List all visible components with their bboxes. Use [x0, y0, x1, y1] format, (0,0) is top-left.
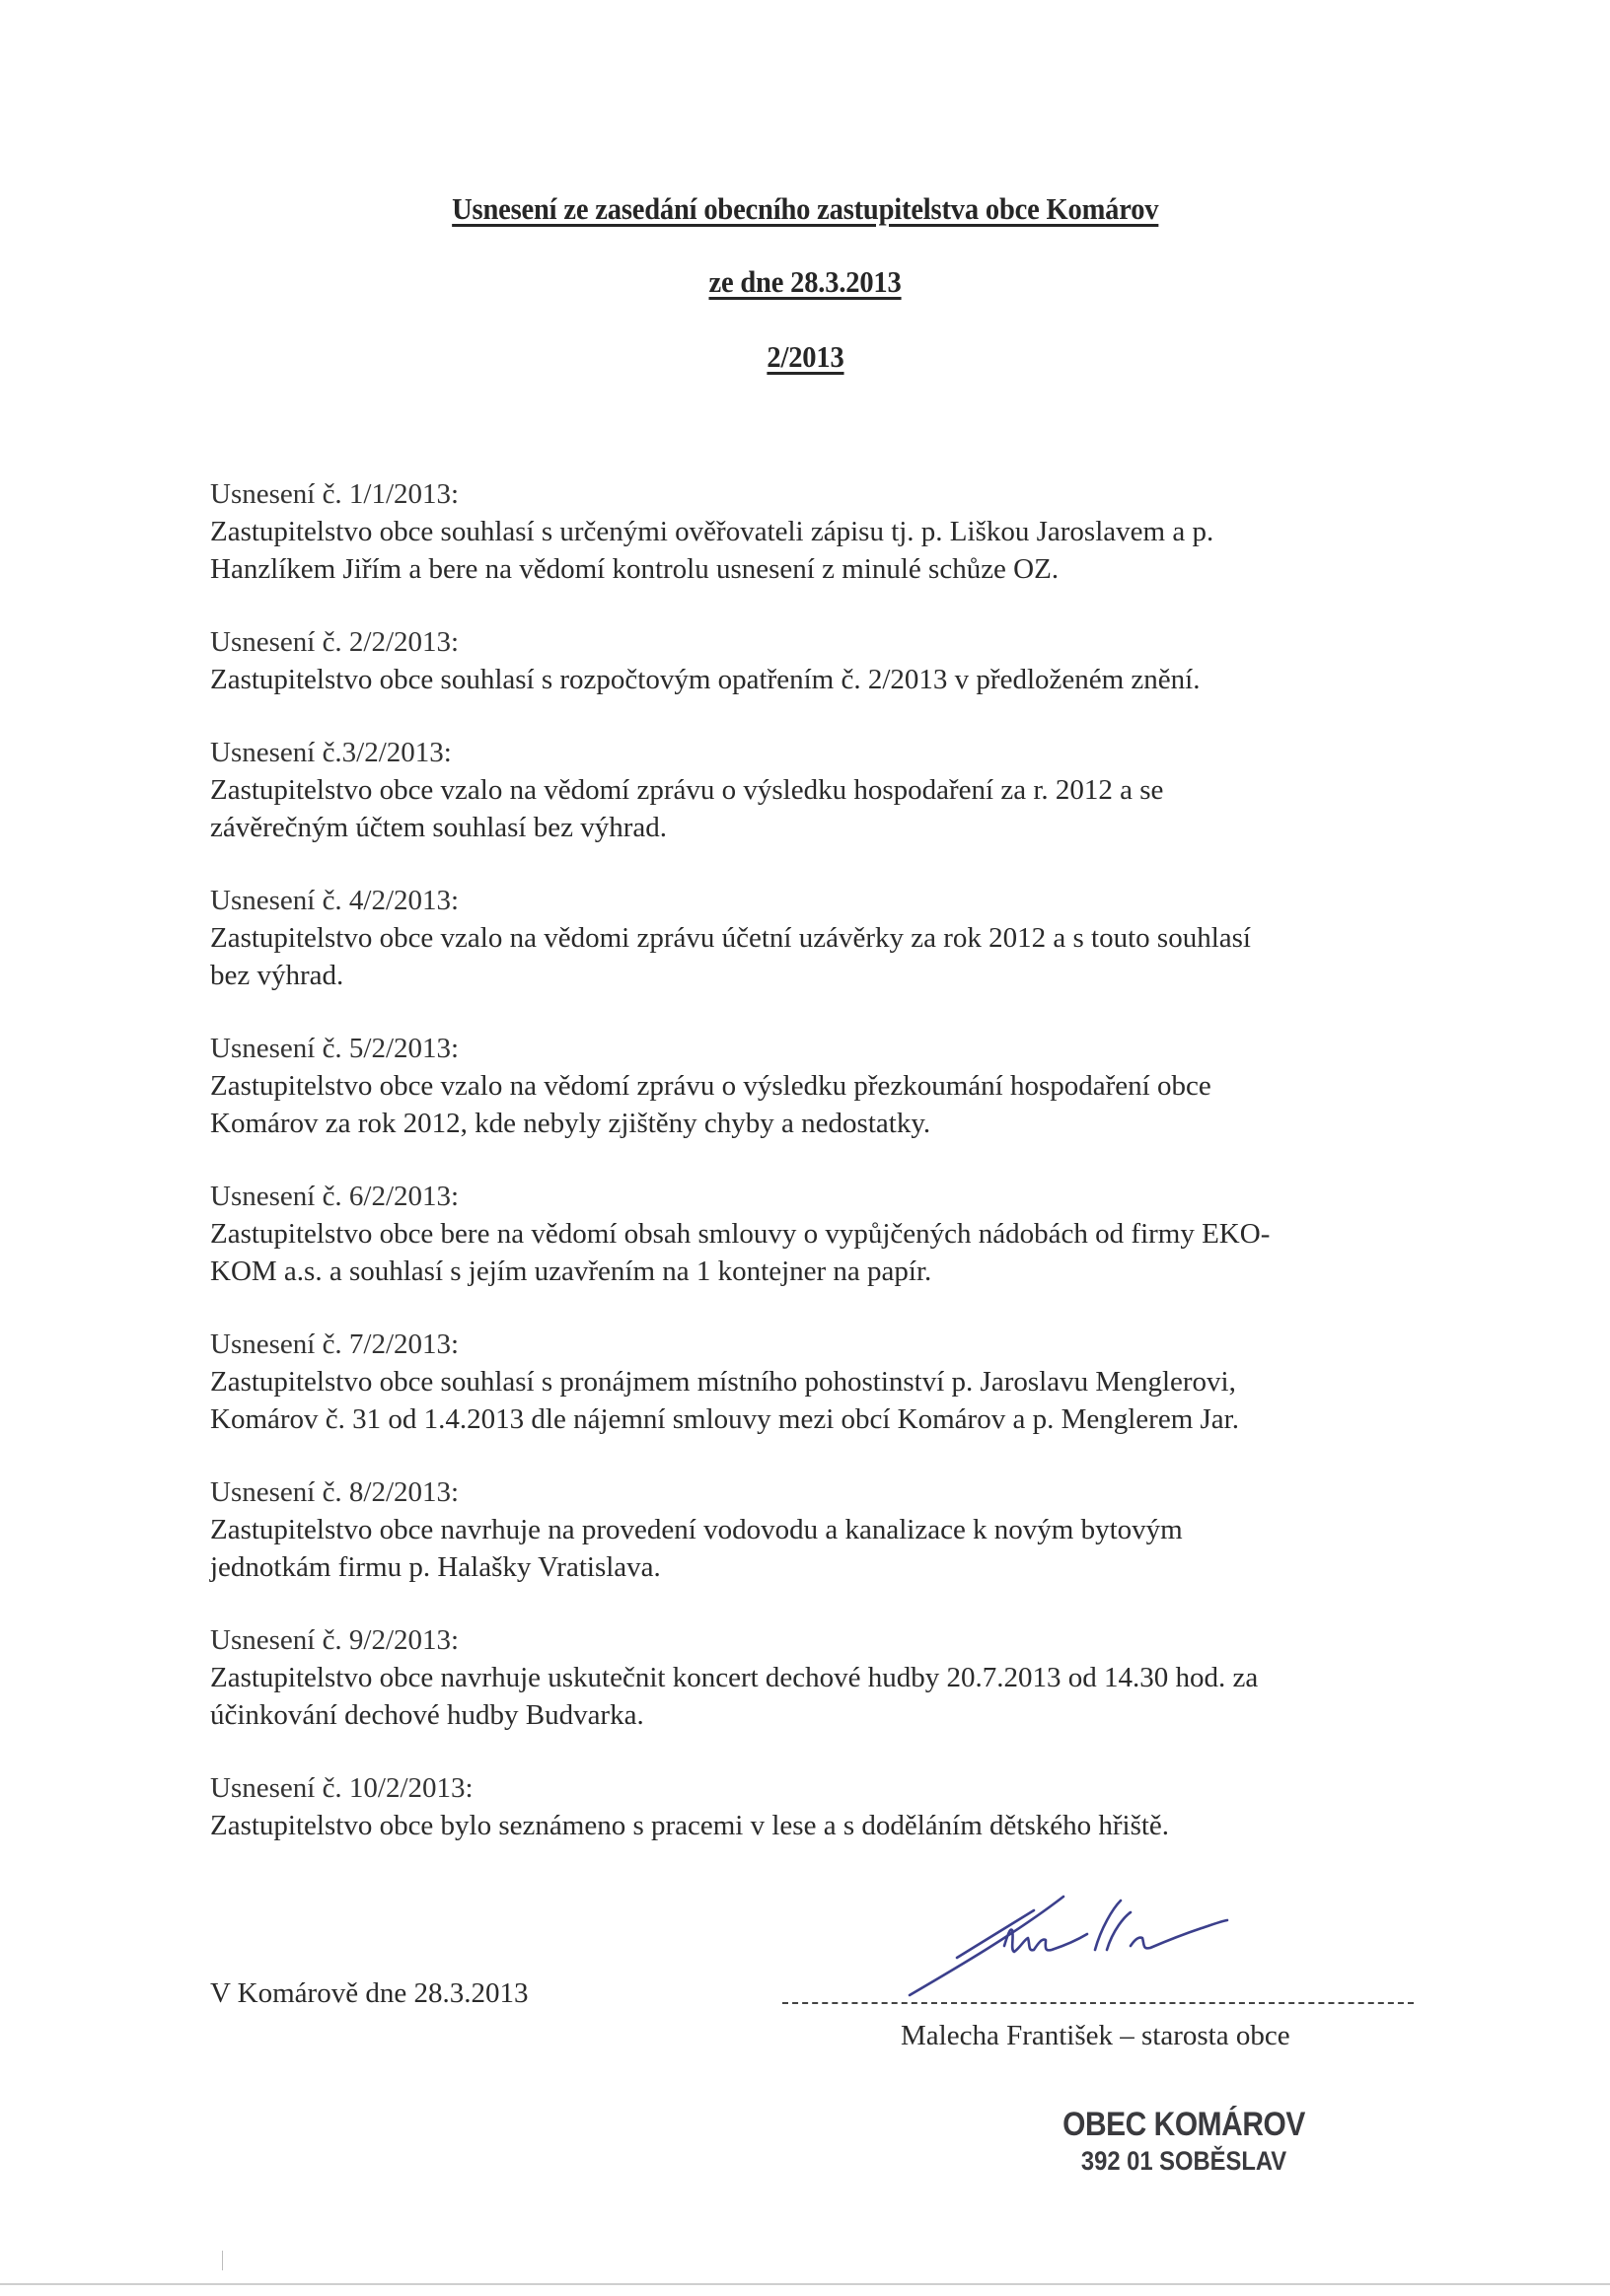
resolution-item: Usnesení č. 7/2/2013:Zastupitelstvo obce…: [210, 1326, 1424, 1438]
resolution-label: Usnesení č. 2/2/2013:: [210, 623, 1424, 661]
resolution-text: Zastupitelstvo obce vzalo na vědomí zprá…: [210, 771, 1424, 846]
resolution-item: Usnesení č.3/2/2013:Zastupitelstvo obce …: [210, 734, 1424, 846]
scan-edge-line: [0, 2283, 1610, 2285]
resolution-text: Zastupitelstvo obce souhlasí s rozpočtov…: [210, 661, 1424, 698]
resolution-label: Usnesení č. 4/2/2013:: [210, 882, 1424, 919]
resolution-text: Zastupitelstvo obce navrhuje na proveden…: [210, 1511, 1424, 1586]
stamp-name: OBEC KOMÁROV: [1010, 2106, 1357, 2144]
document-title: Usnesení ze zasedání obecního zastupitel…: [0, 191, 1610, 227]
resolution-label: Usnesení č. 10/2/2013:: [210, 1769, 1424, 1807]
resolution-text: Zastupitelstvo obce vzalo na vědomí zprá…: [210, 1067, 1424, 1142]
scan-artifact: [222, 2251, 223, 2270]
resolution-item: Usnesení č. 1/1/2013:Zastupitelstvo obce…: [210, 475, 1424, 588]
resolution-label: Usnesení č. 9/2/2013:: [210, 1621, 1424, 1659]
resolution-item: Usnesení č. 9/2/2013:Zastupitelstvo obce…: [210, 1621, 1424, 1734]
resolution-item: Usnesení č. 10/2/2013:Zastupitelstvo obc…: [210, 1769, 1424, 1844]
resolution-item: Usnesení č. 2/2/2013:Zastupitelstvo obce…: [210, 623, 1424, 698]
resolution-label: Usnesení č. 1/1/2013:: [210, 475, 1424, 513]
resolution-text: Zastupitelstvo obce bere na vědomí obsah…: [210, 1215, 1424, 1290]
resolution-item: Usnesení č. 6/2/2013:Zastupitelstvo obce…: [210, 1178, 1424, 1290]
resolution-label: Usnesení č. 7/2/2013:: [210, 1326, 1424, 1363]
resolution-item: Usnesení č. 4/2/2013:Zastupitelstvo obce…: [210, 882, 1424, 994]
resolution-item: Usnesení č. 5/2/2013:Zastupitelstvo obce…: [210, 1030, 1424, 1142]
resolution-label: Usnesení č. 5/2/2013:: [210, 1030, 1424, 1067]
signature-icon: [898, 1889, 1233, 2007]
resolutions-list: Usnesení č. 1/1/2013:Zastupitelstvo obce…: [210, 475, 1424, 1880]
place-date: V Komárově dne 28.3.2013: [210, 1977, 528, 2010]
document-number-text: 2/2013: [767, 339, 843, 375]
stamp-address: 392 01 SOBĚSLAV: [1010, 2146, 1357, 2177]
resolution-text: Zastupitelstvo obce navrhuje uskutečnit …: [210, 1659, 1424, 1734]
signer-name: Malecha František – starosta obce: [901, 2020, 1290, 2052]
official-stamp: OBEC KOMÁROV 392 01 SOBĚSLAV: [987, 2106, 1381, 2177]
resolution-label: Usnesení č. 6/2/2013:: [210, 1178, 1424, 1215]
resolution-label: Usnesení č.3/2/2013:: [210, 734, 1424, 771]
signature-line: [782, 2002, 1414, 2004]
resolution-text: Zastupitelstvo obce bylo seznámeno s pra…: [210, 1807, 1424, 1844]
resolution-text: Zastupitelstvo obce souhlasí s pronájmem…: [210, 1363, 1424, 1438]
document-date: ze dne 28.3.2013: [0, 264, 1610, 300]
document-number: 2/2013: [0, 339, 1610, 375]
document-date-text: ze dne 28.3.2013: [708, 264, 901, 300]
resolution-text: Zastupitelstvo obce vzalo na vědomi zprá…: [210, 919, 1424, 994]
resolution-text: Zastupitelstvo obce souhlasí s určenými …: [210, 513, 1424, 588]
resolution-label: Usnesení č. 8/2/2013:: [210, 1473, 1424, 1511]
document-page: Usnesení ze zasedání obecního zastupitel…: [0, 0, 1610, 2296]
document-title-text: Usnesení ze zasedání obecního zastupitel…: [452, 191, 1158, 227]
resolution-item: Usnesení č. 8/2/2013:Zastupitelstvo obce…: [210, 1473, 1424, 1586]
